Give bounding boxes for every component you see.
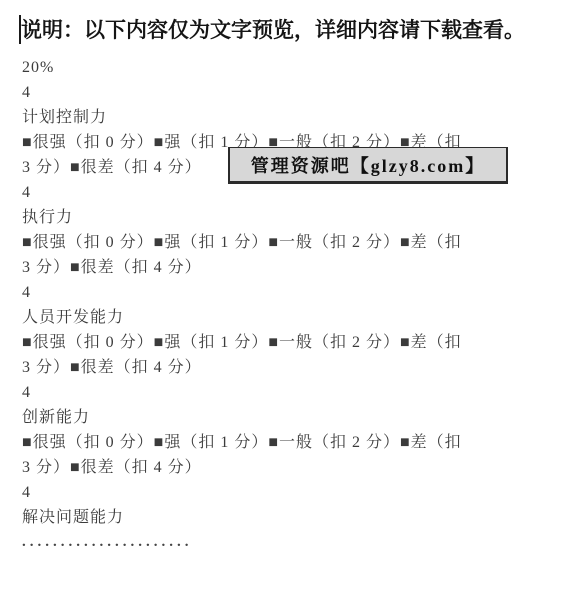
score-value: 4 — [22, 280, 562, 305]
rating-scale-line: 3 分）■很差（扣 4 分） — [22, 455, 562, 480]
item-label-staff-development: 人员开发能力 — [22, 305, 562, 330]
rating-scale-line: 3 分）■很差（扣 4 分） — [22, 255, 562, 280]
rating-scale-line: ■很强（扣 0 分）■强（扣 1 分）■一般（扣 2 分）■差（扣 — [22, 430, 562, 455]
truncation-ellipsis: ...................... — [22, 530, 562, 555]
rating-scale-line: ■很强（扣 0 分）■强（扣 1 分）■一般（扣 2 分）■差（扣 — [22, 330, 562, 355]
rating-scale-line: 3 分）■很差（扣 4 分） — [22, 355, 562, 380]
watermark-badge: 管理资源吧【glzy8.com】 — [228, 147, 508, 184]
watermark-text: 管理资源吧【glzy8.com】 — [251, 152, 485, 178]
score-value: 4 — [22, 380, 562, 405]
score-value: 4 — [22, 480, 562, 505]
preview-body: 20% 4 计划控制力 ■很强（扣 0 分）■强（扣 1 分）■一般（扣 2 分… — [22, 55, 562, 555]
document-preview-page: 说明：以下内容仅为文字预览，详细内容请下载查看。 20% 4 计划控制力 ■很强… — [0, 0, 578, 600]
rating-scale-line: ■很强（扣 0 分）■强（扣 1 分）■一般（扣 2 分）■差（扣 — [22, 230, 562, 255]
score-value: 4 — [22, 80, 562, 105]
preview-notice: 说明：以下内容仅为文字预览，详细内容请下载查看。 — [21, 14, 525, 44]
item-label-execution: 执行力 — [22, 205, 562, 230]
item-label-problem-solving: 解决问题能力 — [22, 505, 562, 530]
item-label-innovation: 创新能力 — [22, 405, 562, 430]
weight-value: 20% — [22, 55, 562, 80]
item-label-plan-control: 计划控制力 — [22, 105, 562, 130]
